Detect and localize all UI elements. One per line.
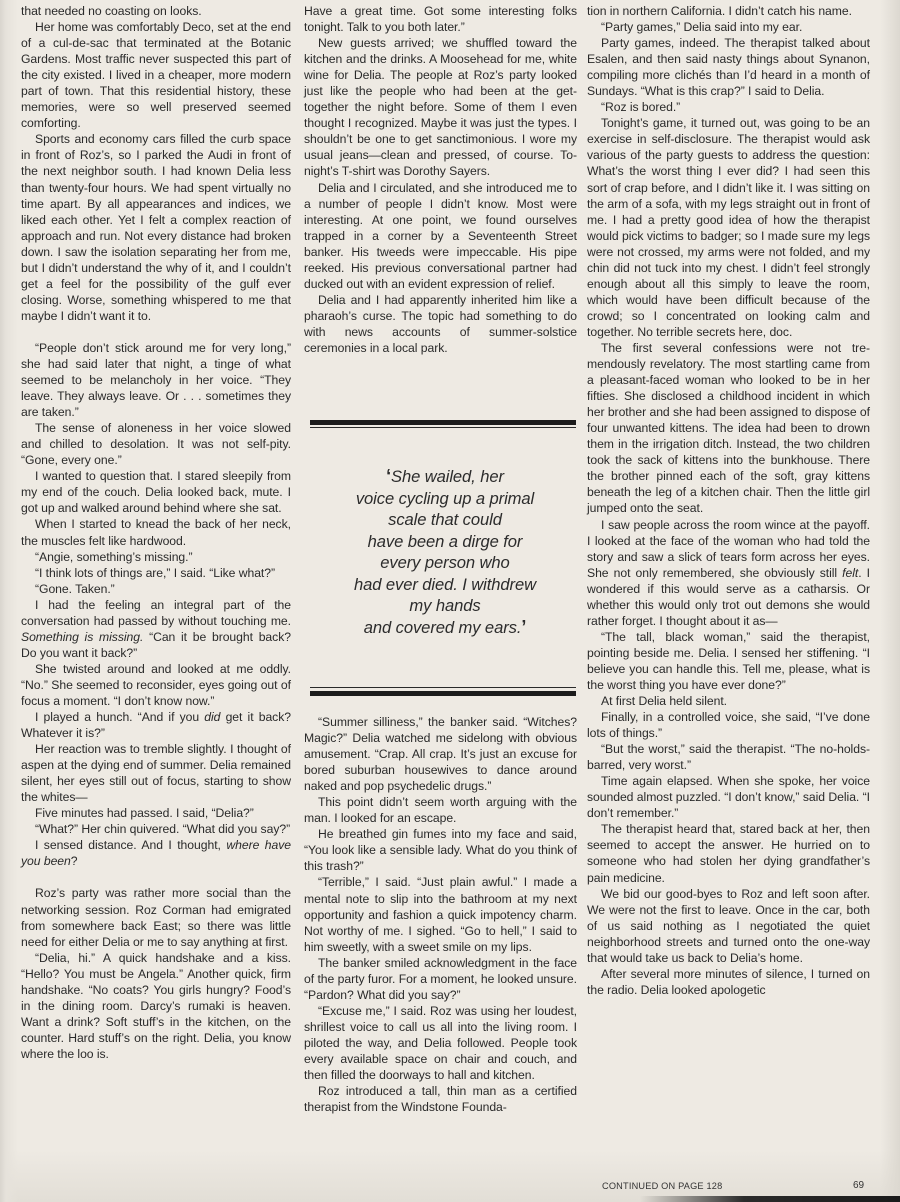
paragraph: “But the worst,” said the therapist. “Th… (587, 741, 870, 773)
paragraph: “Terrible,” I said. “Just plain awful.” … (304, 874, 577, 954)
paragraph: Have a great time. Got some interesting … (304, 3, 577, 35)
pull-quote-line: and covered my ears.’ (312, 617, 578, 639)
paragraph: Her home was comfortably Deco, set at th… (21, 19, 291, 131)
paragraph: “Roz is bored.” (587, 99, 870, 115)
italic-text: felt (842, 566, 858, 580)
paragraph: Roz introduced a tall, thin man as a cer… (304, 1083, 577, 1115)
pull-quote-line: have been a dirge for (312, 531, 578, 553)
text-column-3: tion in northern California. I didn’t ca… (587, 3, 870, 998)
text-run: I sensed distance. And I thought, (35, 838, 226, 852)
thin-rule (310, 427, 576, 428)
paragraph: “Excuse me,” I said. Roz was using her l… (304, 1003, 577, 1083)
paragraph: The therapist heard that, stared back at… (587, 821, 870, 885)
pull-quote: ‘She wailed, her voice cycling up a prim… (312, 466, 578, 638)
pull-quote-top-rule (310, 420, 576, 428)
paragraph: Finally, in a controlled voice, she said… (587, 709, 870, 741)
paragraph: Delia and I circulated, and she introduc… (304, 180, 577, 292)
paragraph: He breathed gin fumes into my face and s… (304, 826, 577, 874)
paragraph: After several more minutes of silence, I… (587, 966, 870, 998)
paragraph: The banker smiled acknowledgment in the … (304, 955, 577, 1003)
paragraph: “Angie, something’s missing.” (21, 549, 291, 565)
paragraph: Roz’s party was rather more social than … (21, 885, 291, 949)
thick-rule (310, 691, 576, 696)
paragraph: Party games, indeed. The therapist talke… (587, 35, 870, 99)
paragraph: Her reaction was to tremble slightly. I … (21, 741, 291, 805)
paragraph: “Delia, hi.” A quick handshake and a kis… (21, 950, 291, 1062)
continued-on-page-label: CONTINUED ON PAGE 128 (602, 1181, 722, 1191)
paragraph: I had the feeling an integral part of th… (21, 597, 291, 661)
paragraph: Tonight’s game, it turned out, was going… (587, 115, 870, 340)
paragraph: tion in northern California. I didn’t ca… (587, 3, 870, 19)
text-run: I played a hunch. “And if you (35, 710, 204, 724)
paragraph: “I think lots of things are,” I said. “L… (21, 565, 291, 581)
paragraph: Five minutes had passed. I said, “Delia?… (21, 805, 291, 821)
text-run: ? (71, 854, 78, 868)
paragraph: “Party games,” Delia said into my ear. (587, 19, 870, 35)
italic-text: did (204, 710, 220, 724)
paragraph: I sensed distance. And I thought, where … (21, 837, 291, 869)
paragraph: The sense of aloneness in her voice slow… (21, 420, 291, 468)
text-column-1: that needed no coasting on looks. Her ho… (21, 3, 291, 1062)
magazine-page: that needed no coasting on looks. Her ho… (0, 0, 900, 1202)
pull-quote-bottom-rule (310, 687, 576, 696)
paragraph: Delia and I had apparently inherited him… (304, 292, 577, 356)
pull-quote-line: had ever died. I withdrew (312, 574, 578, 596)
text-run: I had the feeling an integral part of th… (21, 598, 291, 628)
thin-rule (310, 687, 576, 688)
paragraph: The first several confessions were not t… (587, 340, 870, 517)
scan-edge-shadow (640, 1196, 900, 1202)
paragraph: “People don’t stick around me for very l… (21, 340, 291, 420)
pull-quote-line: scale that could (312, 509, 578, 531)
thick-rule (310, 420, 576, 425)
paragraph: that needed no coasting on looks. (21, 3, 291, 19)
paragraph: “The tall, black woman,” said the thera­… (587, 629, 870, 693)
paragraph: We bid our good-byes to Roz and left soo… (587, 886, 870, 966)
pull-quote-line: voice cycling up a primal (312, 488, 578, 510)
paragraph: “Summer silliness,” the banker said. “Wi… (304, 714, 577, 794)
paragraph: I saw people across the room wince at th… (587, 517, 870, 629)
text-column-2-bottom: “Summer silliness,” the banker said. “Wi… (304, 714, 577, 1115)
close-quote-icon: ’ (521, 617, 526, 637)
paragraph: I wanted to question that. I stared slee… (21, 468, 291, 516)
text-column-2-top: Have a great time. Got some interesting … (304, 3, 577, 356)
pull-quote-line: ‘She wailed, her (312, 466, 578, 488)
paragraph: “Gone. Taken.” (21, 581, 291, 597)
text-run: I saw people across the room wince at th… (587, 518, 870, 580)
pull-quote-line: every person who (312, 552, 578, 574)
paragraph: This point didn’t seem worth arguing wit… (304, 794, 577, 826)
paragraph: At first Delia held silent. (587, 693, 870, 709)
page-number: 69 (853, 1180, 864, 1191)
paragraph: When I started to knead the back of her … (21, 516, 291, 548)
italic-text: Something is missing. (21, 630, 143, 644)
pull-quote-line: my hands (312, 595, 578, 617)
paragraph: Time again elapsed. When she spoke, her … (587, 773, 870, 821)
paragraph: Sports and economy cars filled the curb … (21, 131, 291, 324)
paragraph: I played a hunch. “And if you did get it… (21, 709, 291, 741)
paragraph: She twisted around and looked at me oddl… (21, 661, 291, 709)
paragraph: New guests arrived; we shuffled toward t… (304, 35, 577, 179)
paragraph: “What?” Her chin quivered. “What did you… (21, 821, 291, 837)
